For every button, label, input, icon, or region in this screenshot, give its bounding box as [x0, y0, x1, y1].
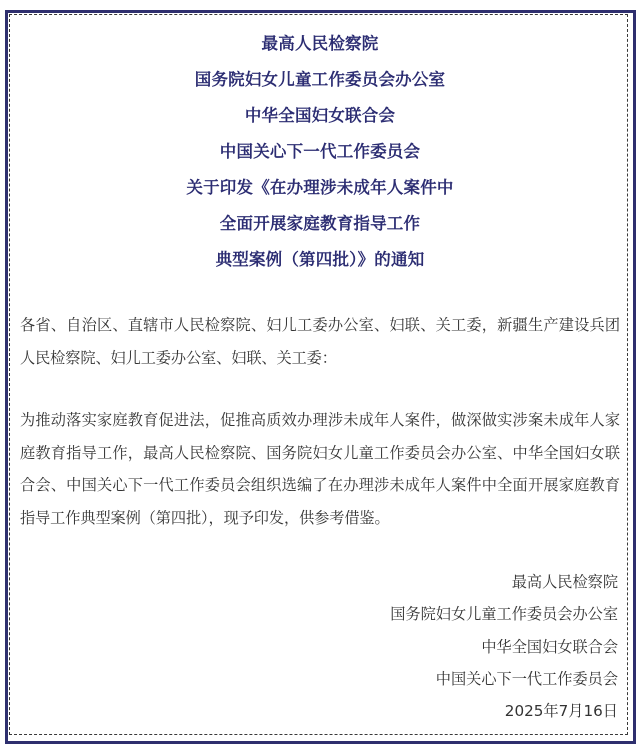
title-line-subject-2: 全面开展家庭教育指导工作 [0, 212, 640, 248]
signature-block: 最高人民检察院 国务院妇女儿童工作委员会办公室 中华全国妇女联合会 中国关心下一… [390, 566, 618, 727]
title-line-issuer-3: 中华全国妇女联合会 [0, 104, 640, 140]
signatory-2: 国务院妇女儿童工作委员会办公室 [390, 598, 618, 630]
body-paragraph: 为推动落实家庭教育促进法，促推高质效办理涉未成年人案件，做深做实涉案未成年人家庭… [20, 404, 620, 535]
document-title: 最高人民检察院 国务院妇女儿童工作委员会办公室 中华全国妇女联合会 中国关心下一… [0, 32, 640, 284]
addressees-paragraph: 各省、自治区、直辖市人民检察院、妇儿工委办公室、妇联、关工委，新疆生产建设兵团人… [20, 309, 620, 374]
title-line-subject-3: 典型案例（第四批）》的通知 [0, 248, 640, 284]
title-line-subject-1: 关于印发《在办理涉未成年人案件中 [0, 176, 640, 212]
signatory-3: 中华全国妇女联合会 [390, 631, 618, 663]
signatory-4: 中国关心下一代工作委员会 [390, 663, 618, 695]
title-line-issuer-2: 国务院妇女儿童工作委员会办公室 [0, 68, 640, 104]
title-line-issuer-4: 中国关心下一代工作委员会 [0, 140, 640, 176]
issue-date: 2025年7月16日 [390, 695, 618, 727]
signatory-1: 最高人民检察院 [390, 566, 618, 598]
title-line-issuer-1: 最高人民检察院 [0, 32, 640, 68]
